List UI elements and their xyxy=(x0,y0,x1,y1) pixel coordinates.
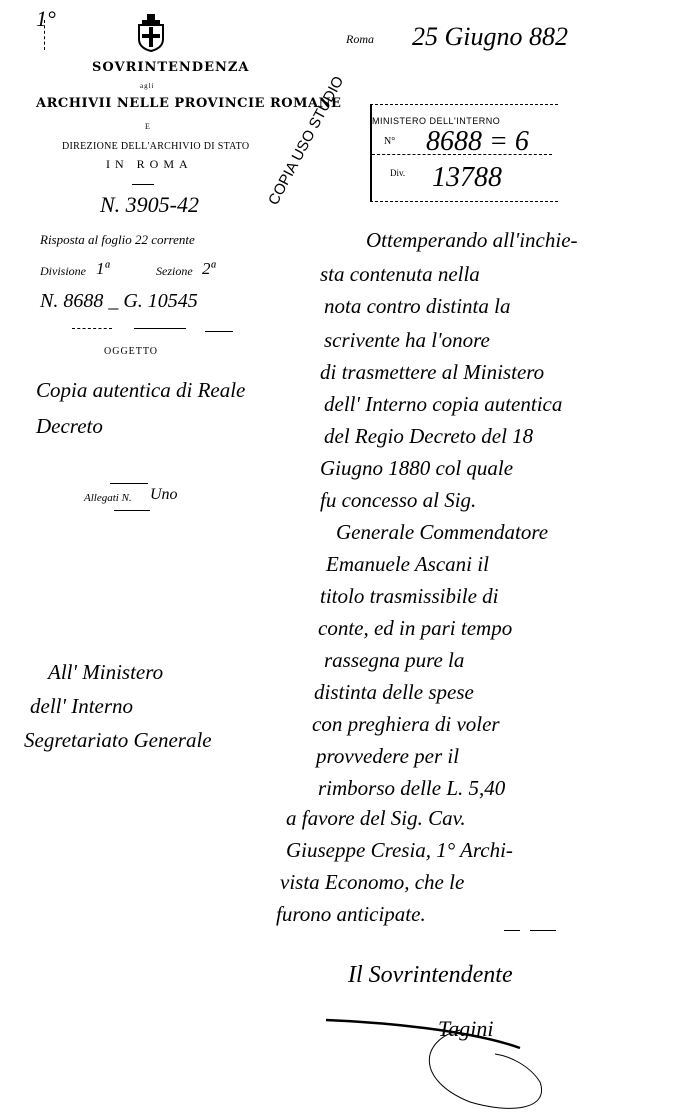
addressee-line-1: All' Ministero xyxy=(48,660,163,685)
body-line-21: vista Economo, che le xyxy=(280,870,464,895)
coat-of-arms-icon xyxy=(136,14,166,57)
body-line-12: titolo trasmissibile di xyxy=(320,584,499,609)
margin-dash xyxy=(44,20,46,50)
stamp-title: MINISTERO DELL'INTERNO xyxy=(372,116,500,126)
body-line-15: distinta delle spese xyxy=(314,680,474,705)
closing-title: Il Sovrintendente xyxy=(348,962,513,989)
body-line-1: Ottemperando all'inchie- xyxy=(366,228,578,253)
stamp-protocol: 13788 xyxy=(432,162,502,194)
signature-name: Tagini xyxy=(438,1016,493,1042)
header-line-1: SOVRINTENDENZA xyxy=(92,60,249,75)
letter-date: 25 Giugno 882 xyxy=(412,22,568,52)
addressee-line-2: dell' Interno xyxy=(30,694,133,719)
body-line-3: nota contro distinta la xyxy=(324,294,510,319)
section-label: Sezione xyxy=(156,264,193,279)
subject-text: Copia autentica di Reale Decreto xyxy=(36,372,256,444)
reference-number: N. 8688 _ G. 10545 xyxy=(40,290,198,313)
header-line-4: E xyxy=(145,122,150,131)
header-line-2: agli xyxy=(140,82,155,90)
division-label: Divisione xyxy=(40,264,86,279)
header-line-3: ARCHIVII NELLE PROVINCIE ROMANE xyxy=(36,96,341,111)
attachments-label: Allegati N. xyxy=(84,492,132,504)
header-line-5: DIREZIONE DELL'ARCHIVIO DI STATO xyxy=(62,141,249,152)
body-line-11: Emanuele Ascani il xyxy=(326,552,489,577)
ref-divider-right xyxy=(205,331,233,332)
header-line-6: IN ROMA xyxy=(106,157,193,172)
addressee-line-3: Segretariato Generale xyxy=(24,728,212,753)
document-number: N. 3905-42 xyxy=(100,192,199,218)
place-label: Roma xyxy=(346,32,374,47)
attachments-bottom-rule xyxy=(114,510,150,511)
body-line-9: fu concesso al Sig. xyxy=(320,488,476,513)
watermark-stamp: COPIA USO STUDIO xyxy=(265,73,347,208)
subject-heading: OGGETTO xyxy=(104,346,158,357)
body-line-8: Giugno 1880 col quale xyxy=(320,456,513,481)
division-value: 1ª xyxy=(96,259,109,279)
stamp-divider xyxy=(372,154,552,155)
attachments-value: Uno xyxy=(150,486,178,504)
body-line-2: sta contenuta nella xyxy=(320,262,480,287)
ref-divider-left xyxy=(72,328,112,329)
body-line-4: scrivente ha l'onore xyxy=(324,328,490,353)
stamp-section-label: Div. xyxy=(390,168,405,178)
body-line-14: rassegna pure la xyxy=(324,648,464,673)
attachments-top-rule xyxy=(110,483,148,484)
body-line-17: provvedere per il xyxy=(316,744,459,769)
header-divider xyxy=(132,184,154,185)
body-line-16: con preghiera di voler xyxy=(312,712,500,737)
signature: Tagini xyxy=(320,1010,570,1114)
body-line-20: Giuseppe Cresia, 1° Archi- xyxy=(286,838,513,863)
body-line-7: del Regio Decreto del 18 xyxy=(324,424,533,449)
body-line-19: a favore del Sig. Cav. xyxy=(286,806,466,831)
stamp-num-prefix: N° xyxy=(384,136,395,147)
body-line-10: Generale Commendatore xyxy=(336,520,548,545)
body-line-13: conte, ed in pari tempo xyxy=(318,616,512,641)
body-line-5: di trasmettere al Ministero xyxy=(320,360,544,385)
body-line-6: dell' Interno copia autentica xyxy=(324,392,562,417)
body-end-rule-2 xyxy=(530,930,556,931)
reply-line: Risposta al foglio 22 corrente xyxy=(40,232,195,248)
section-value: 2ª xyxy=(202,259,215,279)
body-line-22: furono anticipate. xyxy=(276,902,426,927)
body-end-rule-1 xyxy=(504,930,520,931)
body-line-18: rimborso delle L. 5,40 xyxy=(318,776,505,801)
ref-divider-mid xyxy=(134,328,186,329)
